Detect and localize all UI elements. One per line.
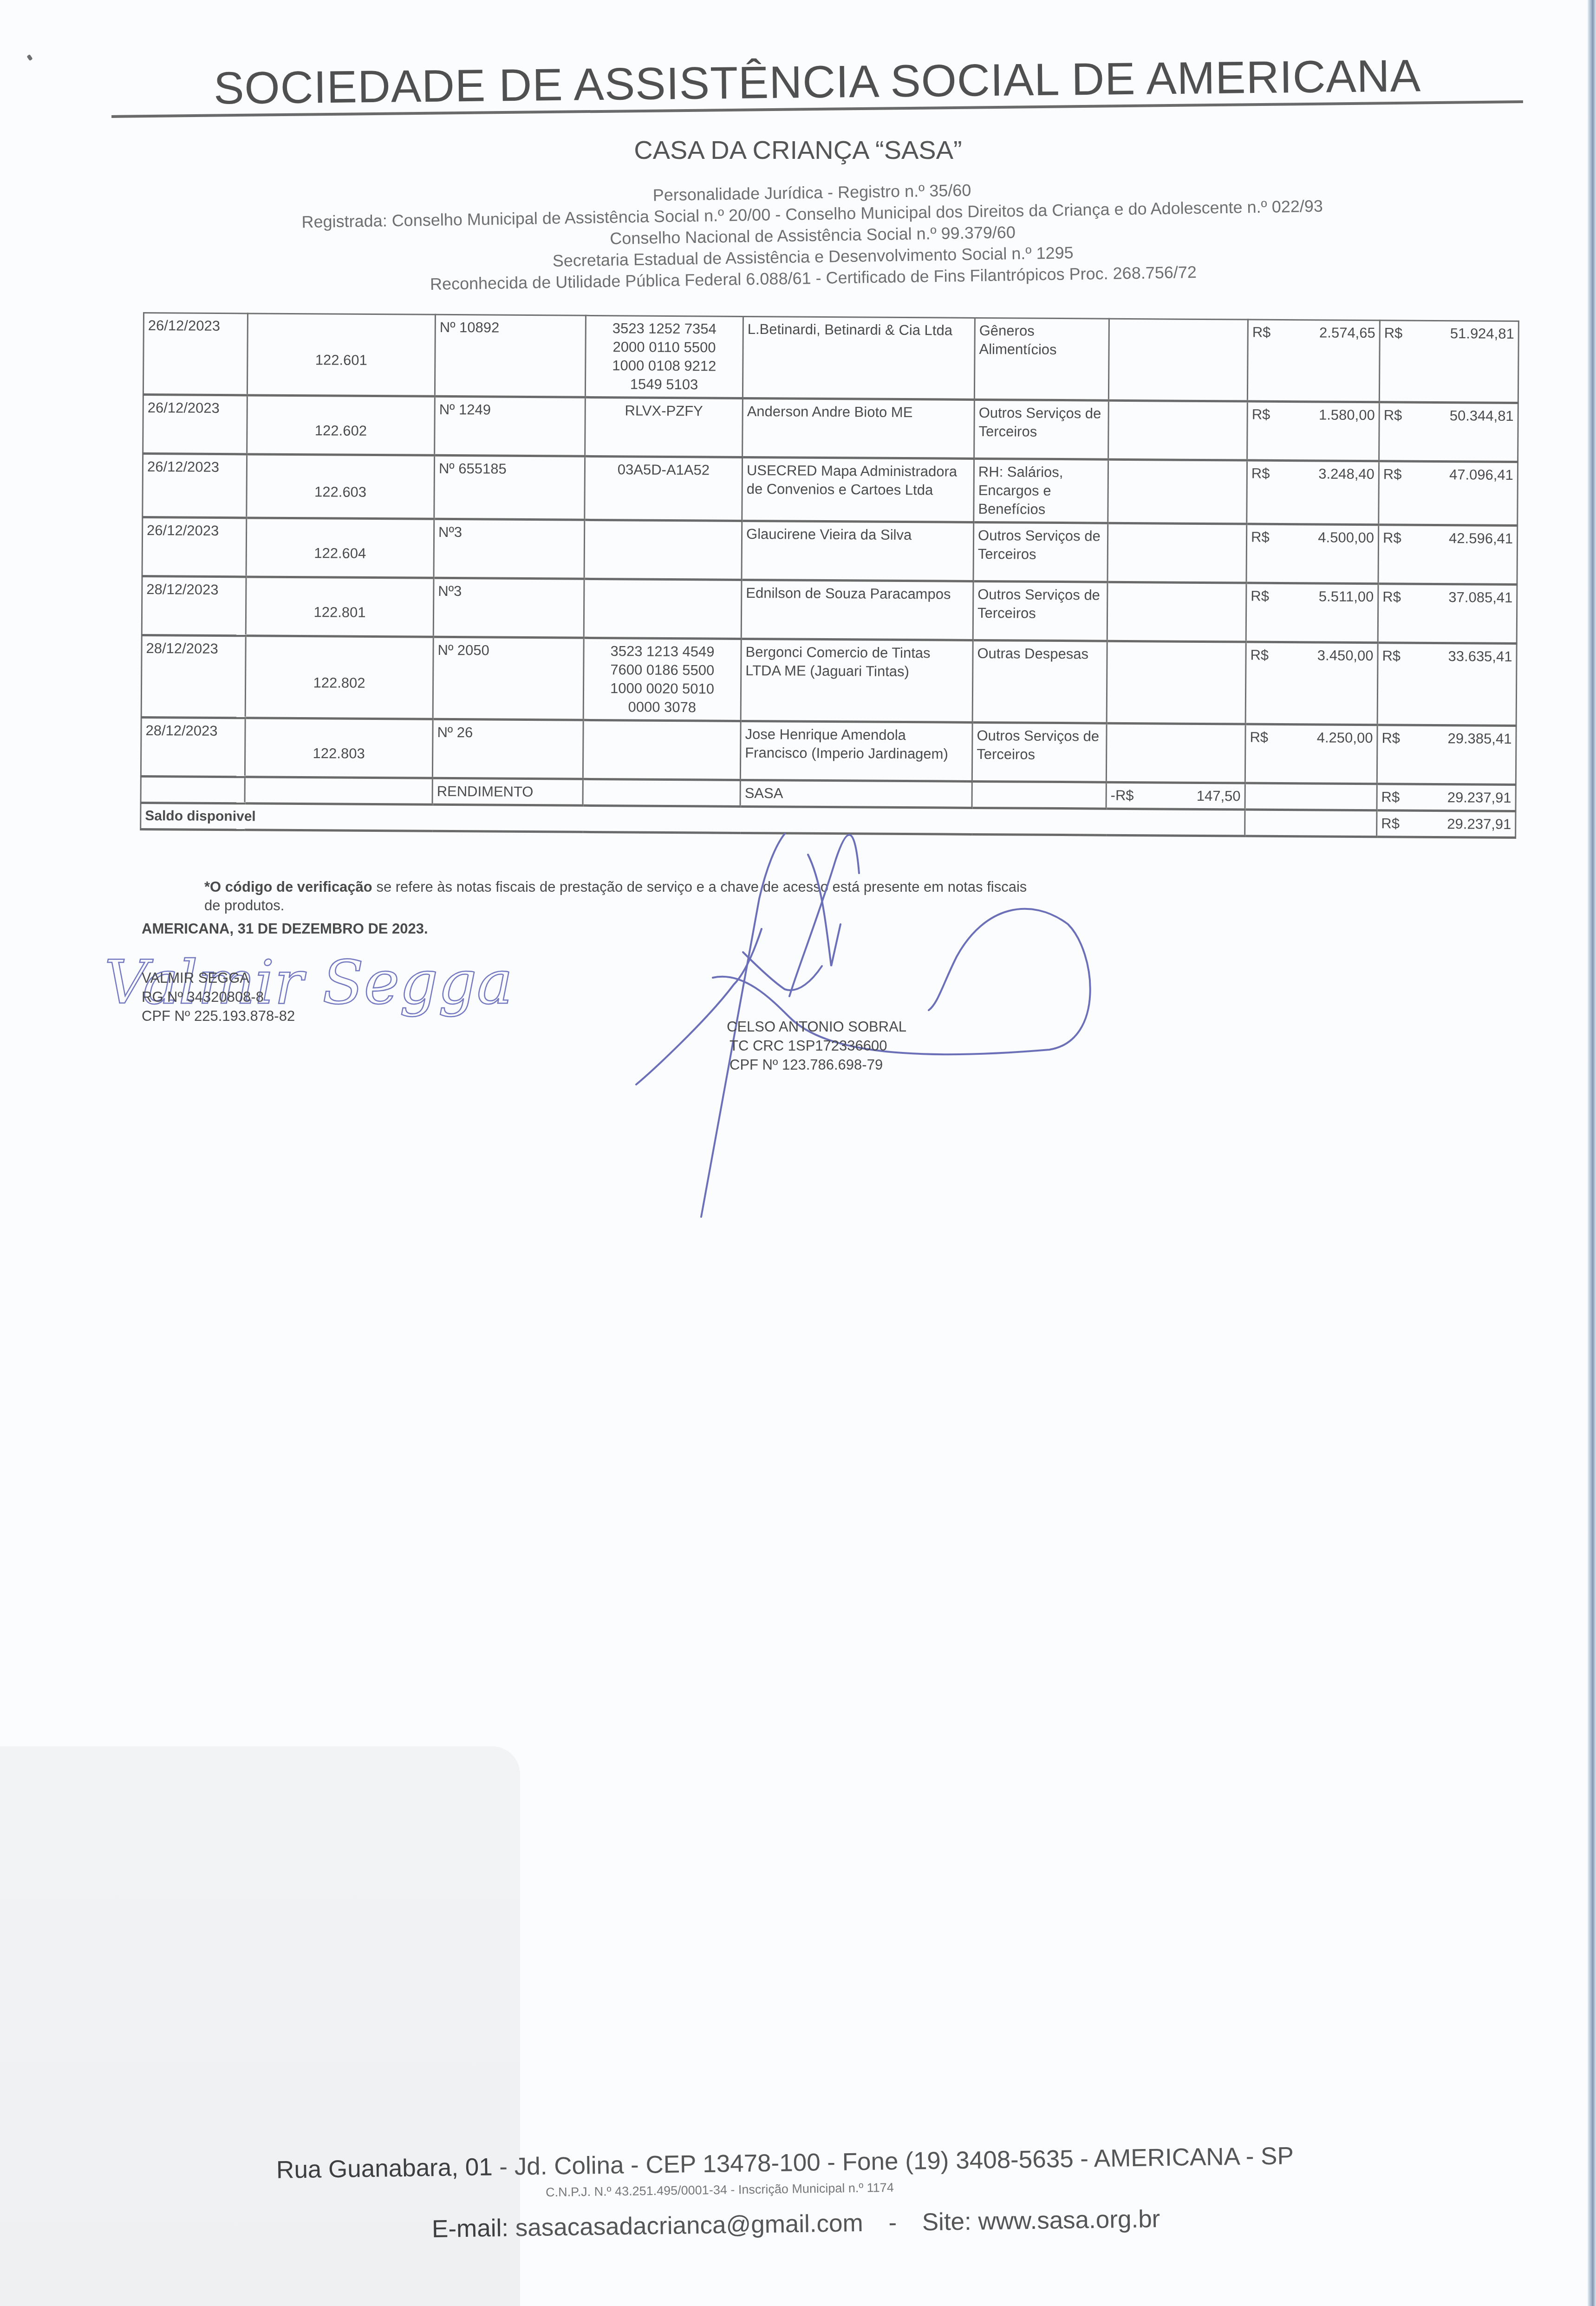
account-number: 122.604 bbox=[314, 544, 366, 563]
currency-symbol: R$ bbox=[1384, 406, 1402, 425]
amount: 29.237,91 bbox=[1447, 815, 1511, 834]
cell-income bbox=[1106, 723, 1245, 783]
cell-expense: R$4.500,00 bbox=[1246, 524, 1379, 584]
cell-expense: R$2.574,65 bbox=[1247, 320, 1380, 402]
available-balance-value: R$29.237,91 bbox=[1377, 810, 1516, 838]
money-value: R$37.085,41 bbox=[1382, 588, 1512, 607]
cell-expense: R$1.580,00 bbox=[1247, 401, 1380, 461]
organization-title: SOCIEDADE DE ASSISTÊNCIA SOCIAL DE AMERI… bbox=[111, 48, 1523, 116]
signer-name: VALMIR SEGGA bbox=[142, 968, 295, 987]
cell-document: Nº 26 bbox=[432, 719, 583, 779]
cell-income bbox=[1107, 523, 1247, 583]
currency-symbol: R$ bbox=[1384, 324, 1403, 342]
cell-category: Gêneros Alimentícios bbox=[974, 318, 1109, 400]
account-number: 122.601 bbox=[315, 351, 367, 370]
currency-symbol: R$ bbox=[1383, 465, 1402, 483]
amount: 47.096,41 bbox=[1449, 465, 1513, 484]
code-line: 1000 0020 5010 bbox=[588, 679, 736, 699]
cell-category: Outros Serviços de Terceiros bbox=[973, 522, 1108, 582]
footnote: *O código de verificação se refere às no… bbox=[204, 878, 1040, 915]
cell-balance: R$47.096,41 bbox=[1379, 461, 1518, 526]
amount: 3.450,00 bbox=[1317, 646, 1374, 665]
money-value: R$42.596,41 bbox=[1383, 529, 1513, 548]
amount: 3.248,40 bbox=[1318, 464, 1375, 483]
footer-site[interactable]: Site: www.sasa.org.br bbox=[922, 2205, 1160, 2236]
currency-symbol: -R$ bbox=[1111, 786, 1134, 805]
table-row: 28/12/2023122.801Nº3Ednilson de Souza Pa… bbox=[142, 576, 1517, 643]
signer-rg: RG Nº 34320808-8 bbox=[142, 987, 295, 1006]
cell-date bbox=[141, 776, 245, 803]
cell-account: 122.803 bbox=[245, 718, 433, 778]
code-line: 03A5D-A1A52 bbox=[589, 460, 738, 480]
money-value: R$2.574,65 bbox=[1252, 323, 1375, 343]
money-value: R$3.248,40 bbox=[1251, 464, 1375, 484]
amount: 37.085,41 bbox=[1448, 588, 1512, 607]
cell-verification-code: 3523 1213 45497600 0186 55001000 0020 50… bbox=[583, 638, 741, 721]
money-value: R$1.580,00 bbox=[1252, 405, 1375, 425]
amount: 29.385,41 bbox=[1447, 729, 1511, 748]
code-line: 3523 1213 4549 bbox=[588, 642, 736, 661]
cell-balance: R$33.635,41 bbox=[1377, 643, 1517, 726]
amount: 51.924,81 bbox=[1450, 324, 1514, 343]
account-number: 122.803 bbox=[313, 744, 365, 763]
cell-verification-code bbox=[583, 720, 741, 780]
cell-verification-code bbox=[583, 779, 740, 806]
footer-email[interactable]: sasacasadacrianca@gmail.com bbox=[515, 2209, 863, 2241]
cell-document: Nº 1249 bbox=[435, 396, 586, 456]
account-number: 122.802 bbox=[313, 673, 365, 692]
cell-income bbox=[1107, 641, 1246, 724]
account-number: 122.603 bbox=[314, 483, 366, 502]
cell-expense: R$4.250,00 bbox=[1245, 724, 1377, 784]
cell-income bbox=[1108, 319, 1248, 401]
scan-speck bbox=[26, 54, 33, 61]
organization-subtitle: CASA DA CRIANÇA “SASA” bbox=[0, 135, 1596, 165]
amount: 33.635,41 bbox=[1448, 647, 1512, 666]
cell-date: 26/12/2023 bbox=[143, 313, 248, 395]
scan-edge-strip bbox=[1588, 0, 1596, 2306]
currency-symbol: R$ bbox=[1251, 587, 1269, 606]
cell-document: Nº3 bbox=[433, 578, 584, 638]
cell-category: Outros Serviços de Terceiros bbox=[973, 581, 1107, 641]
currency-symbol: R$ bbox=[1251, 464, 1270, 483]
signer-celso: CELSO ANTONIO SOBRAL TC CRC 1SP172336600… bbox=[727, 1017, 906, 1074]
footer-contact: E-mail: sasacasadacrianca@gmail.com - Si… bbox=[432, 2202, 1361, 2243]
cell-account bbox=[245, 777, 432, 804]
currency-symbol: R$ bbox=[1252, 323, 1271, 342]
footer-street: Rua Guanabara, 01 bbox=[276, 2153, 493, 2183]
table-row: 28/12/2023122.803Nº 26Jose Henrique Amen… bbox=[141, 717, 1516, 784]
footer-separator: - bbox=[888, 2209, 897, 2236]
cell-supplier: L.Betinardi, Betinardi & Cia Ltda bbox=[743, 316, 975, 399]
signature-celso-stroke-3 bbox=[789, 835, 859, 997]
cell-document: Nº 655185 bbox=[434, 455, 585, 520]
cell-supplier: Jose Henrique Amendola Francisco (Imperi… bbox=[740, 721, 972, 781]
cell-supplier: Bergonci Comercio de Tintas LTDA ME (Jag… bbox=[741, 639, 973, 722]
money-value: R$50.344,81 bbox=[1384, 406, 1514, 425]
cell-income bbox=[1108, 400, 1248, 460]
cell-balance: R$51.924,81 bbox=[1379, 320, 1518, 403]
currency-symbol: R$ bbox=[1250, 646, 1269, 665]
currency-symbol: R$ bbox=[1382, 588, 1401, 606]
money-value: R$33.635,41 bbox=[1382, 647, 1512, 666]
footer-address-rest: - Jd. Colina - CEP 13478-100 - Fone (19)… bbox=[492, 2142, 1294, 2181]
account-number: 122.801 bbox=[313, 603, 365, 622]
cell-balance: R$29.385,41 bbox=[1377, 725, 1516, 785]
table-row: 26/12/2023122.603Nº 65518503A5D-A1A52USE… bbox=[143, 454, 1518, 526]
currency-symbol: R$ bbox=[1381, 814, 1400, 833]
currency-symbol: R$ bbox=[1381, 729, 1400, 747]
table-row: 26/12/2023122.604Nº3Glaucirene Vieira da… bbox=[142, 517, 1518, 585]
table-row: 26/12/2023122.602Nº 1249RLVX-PZFYAnderso… bbox=[143, 395, 1518, 462]
amount: 5.511,00 bbox=[1319, 587, 1374, 606]
footnote-lead: *O código de verificação bbox=[204, 879, 372, 895]
amount: 2.574,65 bbox=[1319, 323, 1375, 342]
cell-expense: R$3.450,00 bbox=[1245, 642, 1378, 725]
amount: 29.237,91 bbox=[1447, 788, 1511, 807]
cell-document: RENDIMENTO bbox=[432, 778, 583, 805]
cell-date: 28/12/2023 bbox=[141, 635, 246, 718]
money-value: R$29.237,91 bbox=[1381, 814, 1511, 834]
cell-category: Outros Serviços de Terceiros bbox=[972, 722, 1107, 782]
ledger-body: 26/12/2023122.601Nº 108923523 1252 73542… bbox=[141, 313, 1519, 838]
cell-balance: R$29.237,91 bbox=[1377, 784, 1516, 811]
signer-valmir: VALMIR SEGGA RG Nº 34320808-8 CPF Nº 225… bbox=[142, 968, 295, 1026]
amount: 1.580,00 bbox=[1319, 405, 1375, 425]
cell-date: 26/12/2023 bbox=[143, 454, 247, 518]
cell-balance: R$42.596,41 bbox=[1378, 525, 1518, 585]
cell-document: Nº 2050 bbox=[433, 637, 584, 720]
footer-email-label: E-mail: bbox=[432, 2215, 509, 2243]
cell-category: Outras Despesas bbox=[972, 640, 1107, 723]
cell-supplier: Anderson Andre Bioto ME bbox=[743, 398, 975, 458]
cell-account: 122.602 bbox=[247, 395, 435, 455]
code-line: 2000 0110 5500 bbox=[590, 338, 738, 357]
money-value: R$29.237,91 bbox=[1381, 788, 1511, 807]
cell-account: 122.604 bbox=[246, 518, 434, 578]
cell-verification-code bbox=[584, 579, 742, 639]
money-value: R$4.500,00 bbox=[1251, 528, 1374, 548]
amount: 4.250,00 bbox=[1317, 728, 1373, 747]
account-number: 122.602 bbox=[315, 421, 367, 440]
cell-document: Nº 10892 bbox=[435, 314, 586, 397]
cell-verification-code: RLVX-PZFY bbox=[585, 397, 743, 457]
amount: 42.596,41 bbox=[1449, 529, 1513, 548]
money-value: R$3.450,00 bbox=[1250, 646, 1373, 666]
money-value: R$47.096,41 bbox=[1383, 465, 1513, 484]
cell-category: RH: Salários, Encargos e Benefícios bbox=[974, 458, 1108, 523]
cell-supplier: Glaucirene Vieira da Silva bbox=[742, 521, 974, 581]
cell-account: 122.603 bbox=[247, 454, 435, 519]
cell-date: 28/12/2023 bbox=[141, 717, 245, 777]
table-row: 28/12/2023122.802Nº 20503523 1213 454976… bbox=[141, 635, 1517, 725]
currency-symbol: R$ bbox=[1250, 728, 1268, 747]
cell-supplier: Ednilson de Souza Paracampos bbox=[741, 580, 973, 640]
money-value: R$29.385,41 bbox=[1381, 729, 1511, 748]
signature-celso-stroke-5 bbox=[743, 952, 822, 990]
money-value: -R$147,50 bbox=[1111, 786, 1241, 806]
code-line: RLVX-PZFY bbox=[590, 401, 738, 421]
table-row: 26/12/2023122.601Nº 108923523 1252 73542… bbox=[143, 313, 1518, 403]
cell-expense: R$3.248,40 bbox=[1247, 460, 1379, 525]
place-date: AMERICANA, 31 DE DEZEMBRO DE 2023. bbox=[142, 921, 428, 937]
cell-document: Nº3 bbox=[434, 519, 585, 579]
ledger-table: 26/12/2023122.601Nº 108923523 1252 73542… bbox=[140, 312, 1519, 839]
amount: 147,50 bbox=[1197, 787, 1241, 806]
currency-symbol: R$ bbox=[1382, 647, 1401, 665]
money-value: R$51.924,81 bbox=[1384, 324, 1514, 343]
code-line: 1549 5103 bbox=[590, 375, 738, 394]
cell-income bbox=[1108, 459, 1247, 524]
code-line: 3523 1252 7354 bbox=[590, 319, 739, 339]
signer-cpf: CPF Nº 225.193.878-82 bbox=[142, 1006, 295, 1026]
cell-account: 122.601 bbox=[247, 314, 435, 396]
cell-income bbox=[1107, 582, 1246, 642]
cell-balance: R$37.085,41 bbox=[1378, 584, 1517, 644]
money-value: R$5.511,00 bbox=[1251, 587, 1374, 607]
signer-name: CELSO ANTONIO SOBRAL bbox=[727, 1017, 906, 1036]
currency-symbol: R$ bbox=[1381, 788, 1400, 806]
cell-date: 26/12/2023 bbox=[142, 517, 247, 577]
code-line: 0000 3078 bbox=[588, 698, 736, 717]
cell-account: 122.802 bbox=[245, 636, 433, 719]
cell-income: -R$147,50 bbox=[1106, 782, 1245, 810]
cell-expense: R$5.511,00 bbox=[1246, 583, 1378, 643]
cell-verification-code bbox=[584, 520, 742, 580]
cell-supplier: SASA bbox=[740, 780, 972, 808]
signer-crc: TC CRC 1SP172336600 bbox=[727, 1036, 906, 1055]
signer-cpf: CPF Nº 123.786.698-79 bbox=[727, 1055, 906, 1074]
cell-expense bbox=[1245, 783, 1377, 810]
money-value: R$4.250,00 bbox=[1250, 728, 1373, 748]
currency-symbol: R$ bbox=[1383, 529, 1401, 547]
cell-balance: R$50.344,81 bbox=[1379, 402, 1518, 462]
registration-lines: Personalidade Jurídica - Registro n.º 35… bbox=[92, 171, 1533, 300]
currency-symbol: R$ bbox=[1251, 528, 1270, 547]
cell-supplier: USECRED Mapa Administradora de Convenios… bbox=[742, 457, 974, 522]
cell-date: 26/12/2023 bbox=[143, 395, 248, 454]
amount: 4.500,00 bbox=[1318, 528, 1374, 547]
cell-category bbox=[972, 781, 1106, 809]
amount: 50.344,81 bbox=[1450, 406, 1514, 425]
cell-account: 122.801 bbox=[246, 577, 434, 637]
cell-verification-code: 03A5D-A1A52 bbox=[585, 456, 743, 521]
cell-verification-code: 3523 1252 73542000 0110 55001000 0108 92… bbox=[585, 315, 743, 398]
code-line: 7600 0186 5500 bbox=[588, 660, 736, 680]
code-line: 1000 0108 9212 bbox=[590, 356, 738, 376]
currency-symbol: R$ bbox=[1252, 405, 1270, 424]
cell-expense bbox=[1245, 810, 1377, 837]
cell-category: Outros Serviços de Terceiros bbox=[974, 399, 1109, 459]
cell-date: 28/12/2023 bbox=[142, 576, 246, 635]
